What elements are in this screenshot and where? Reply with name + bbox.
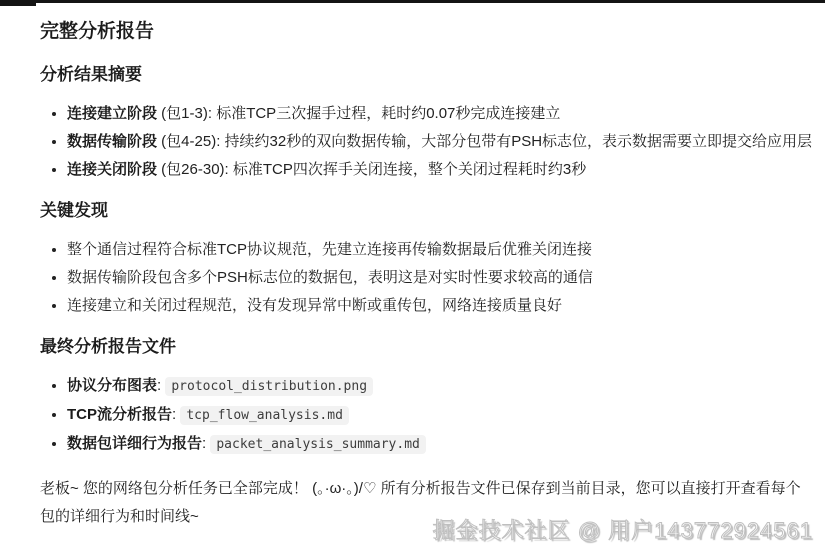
report-body: 完整分析报告 分析结果摘要 连接建立阶段 (包1-3): 标准TCP三次握手过程… — [0, 0, 825, 531]
section-heading-files: 最终分析报告文件 — [40, 336, 813, 358]
file-name-chip: tcp_flow_analysis.md — [180, 406, 349, 425]
bullet-label: 连接建立阶段 — [67, 105, 157, 122]
closing-paragraph: 老板~ 您的网络包分析任务已全部完成！ (｡·ω·｡)/♡ 所有分析报告文件已保… — [40, 475, 813, 531]
bullet-text: 整个通信过程符合标准TCP协议规范，先建立连接再传输数据最后优雅关闭连接 — [67, 241, 592, 258]
findings-list: 整个通信过程符合标准TCP协议规范，先建立连接再传输数据最后优雅关闭连接 数据传… — [40, 236, 813, 320]
list-item: 连接建立阶段 (包1-3): 标准TCP三次握手过程，耗时约0.07秒完成连接建… — [67, 100, 813, 128]
bullet-label: 数据包详细行为报告 — [67, 435, 202, 452]
summary-list: 连接建立阶段 (包1-3): 标准TCP三次握手过程，耗时约0.07秒完成连接建… — [40, 100, 813, 184]
window-top-border-accent — [0, 0, 36, 6]
bullet-text: (包1-3): 标准TCP三次握手过程，耗时约0.07秒完成连接建立 — [157, 105, 560, 122]
bullet-label: 协议分布图表 — [67, 377, 157, 394]
list-item: 数据传输阶段包含多个PSH标志位的数据包，表明这是对实时性要求较高的通信 — [67, 264, 813, 292]
bullet-label: TCP流分析报告 — [67, 406, 172, 423]
bullet-text: 数据传输阶段包含多个PSH标志位的数据包，表明这是对实时性要求较高的通信 — [67, 269, 593, 286]
bullet-label: 连接关闭阶段 — [67, 161, 157, 178]
list-item: 连接关闭阶段 (包26-30): 标准TCP四次挥手关闭连接，整个关闭过程耗时约… — [67, 156, 813, 184]
bullet-label: 数据传输阶段 — [67, 133, 157, 150]
list-item: 数据传输阶段 (包4-25): 持续约32秒的双向数据传输，大部分包带有PSH标… — [67, 128, 813, 156]
bullet-text: (包26-30): 标准TCP四次挥手关闭连接，整个关闭过程耗时约3秒 — [157, 161, 586, 178]
bullet-text: 连接建立和关闭过程规范，没有发现异常中断或重传包，网络连接质量良好 — [67, 297, 562, 314]
list-item: 协议分布图表: protocol_distribution.png — [67, 372, 813, 401]
section-heading-summary: 分析结果摘要 — [40, 64, 813, 86]
file-name-chip: protocol_distribution.png — [165, 377, 373, 396]
files-list: 协议分布图表: protocol_distribution.png TCP流分析… — [40, 372, 813, 459]
list-item: 连接建立和关闭过程规范，没有发现异常中断或重传包，网络连接质量良好 — [67, 292, 813, 320]
list-item: TCP流分析报告: tcp_flow_analysis.md — [67, 401, 813, 430]
file-name-chip: packet_analysis_summary.md — [210, 435, 426, 454]
bullet-text: (包4-25): 持续约32秒的双向数据传输，大部分包带有PSH标志位，表示数据… — [157, 133, 812, 150]
list-item: 整个通信过程符合标准TCP协议规范，先建立连接再传输数据最后优雅关闭连接 — [67, 236, 813, 264]
section-heading-findings: 关键发现 — [40, 200, 813, 222]
page-title: 完整分析报告 — [40, 20, 813, 44]
list-item: 数据包详细行为报告: packet_analysis_summary.md — [67, 430, 813, 459]
window-top-border — [0, 0, 825, 3]
